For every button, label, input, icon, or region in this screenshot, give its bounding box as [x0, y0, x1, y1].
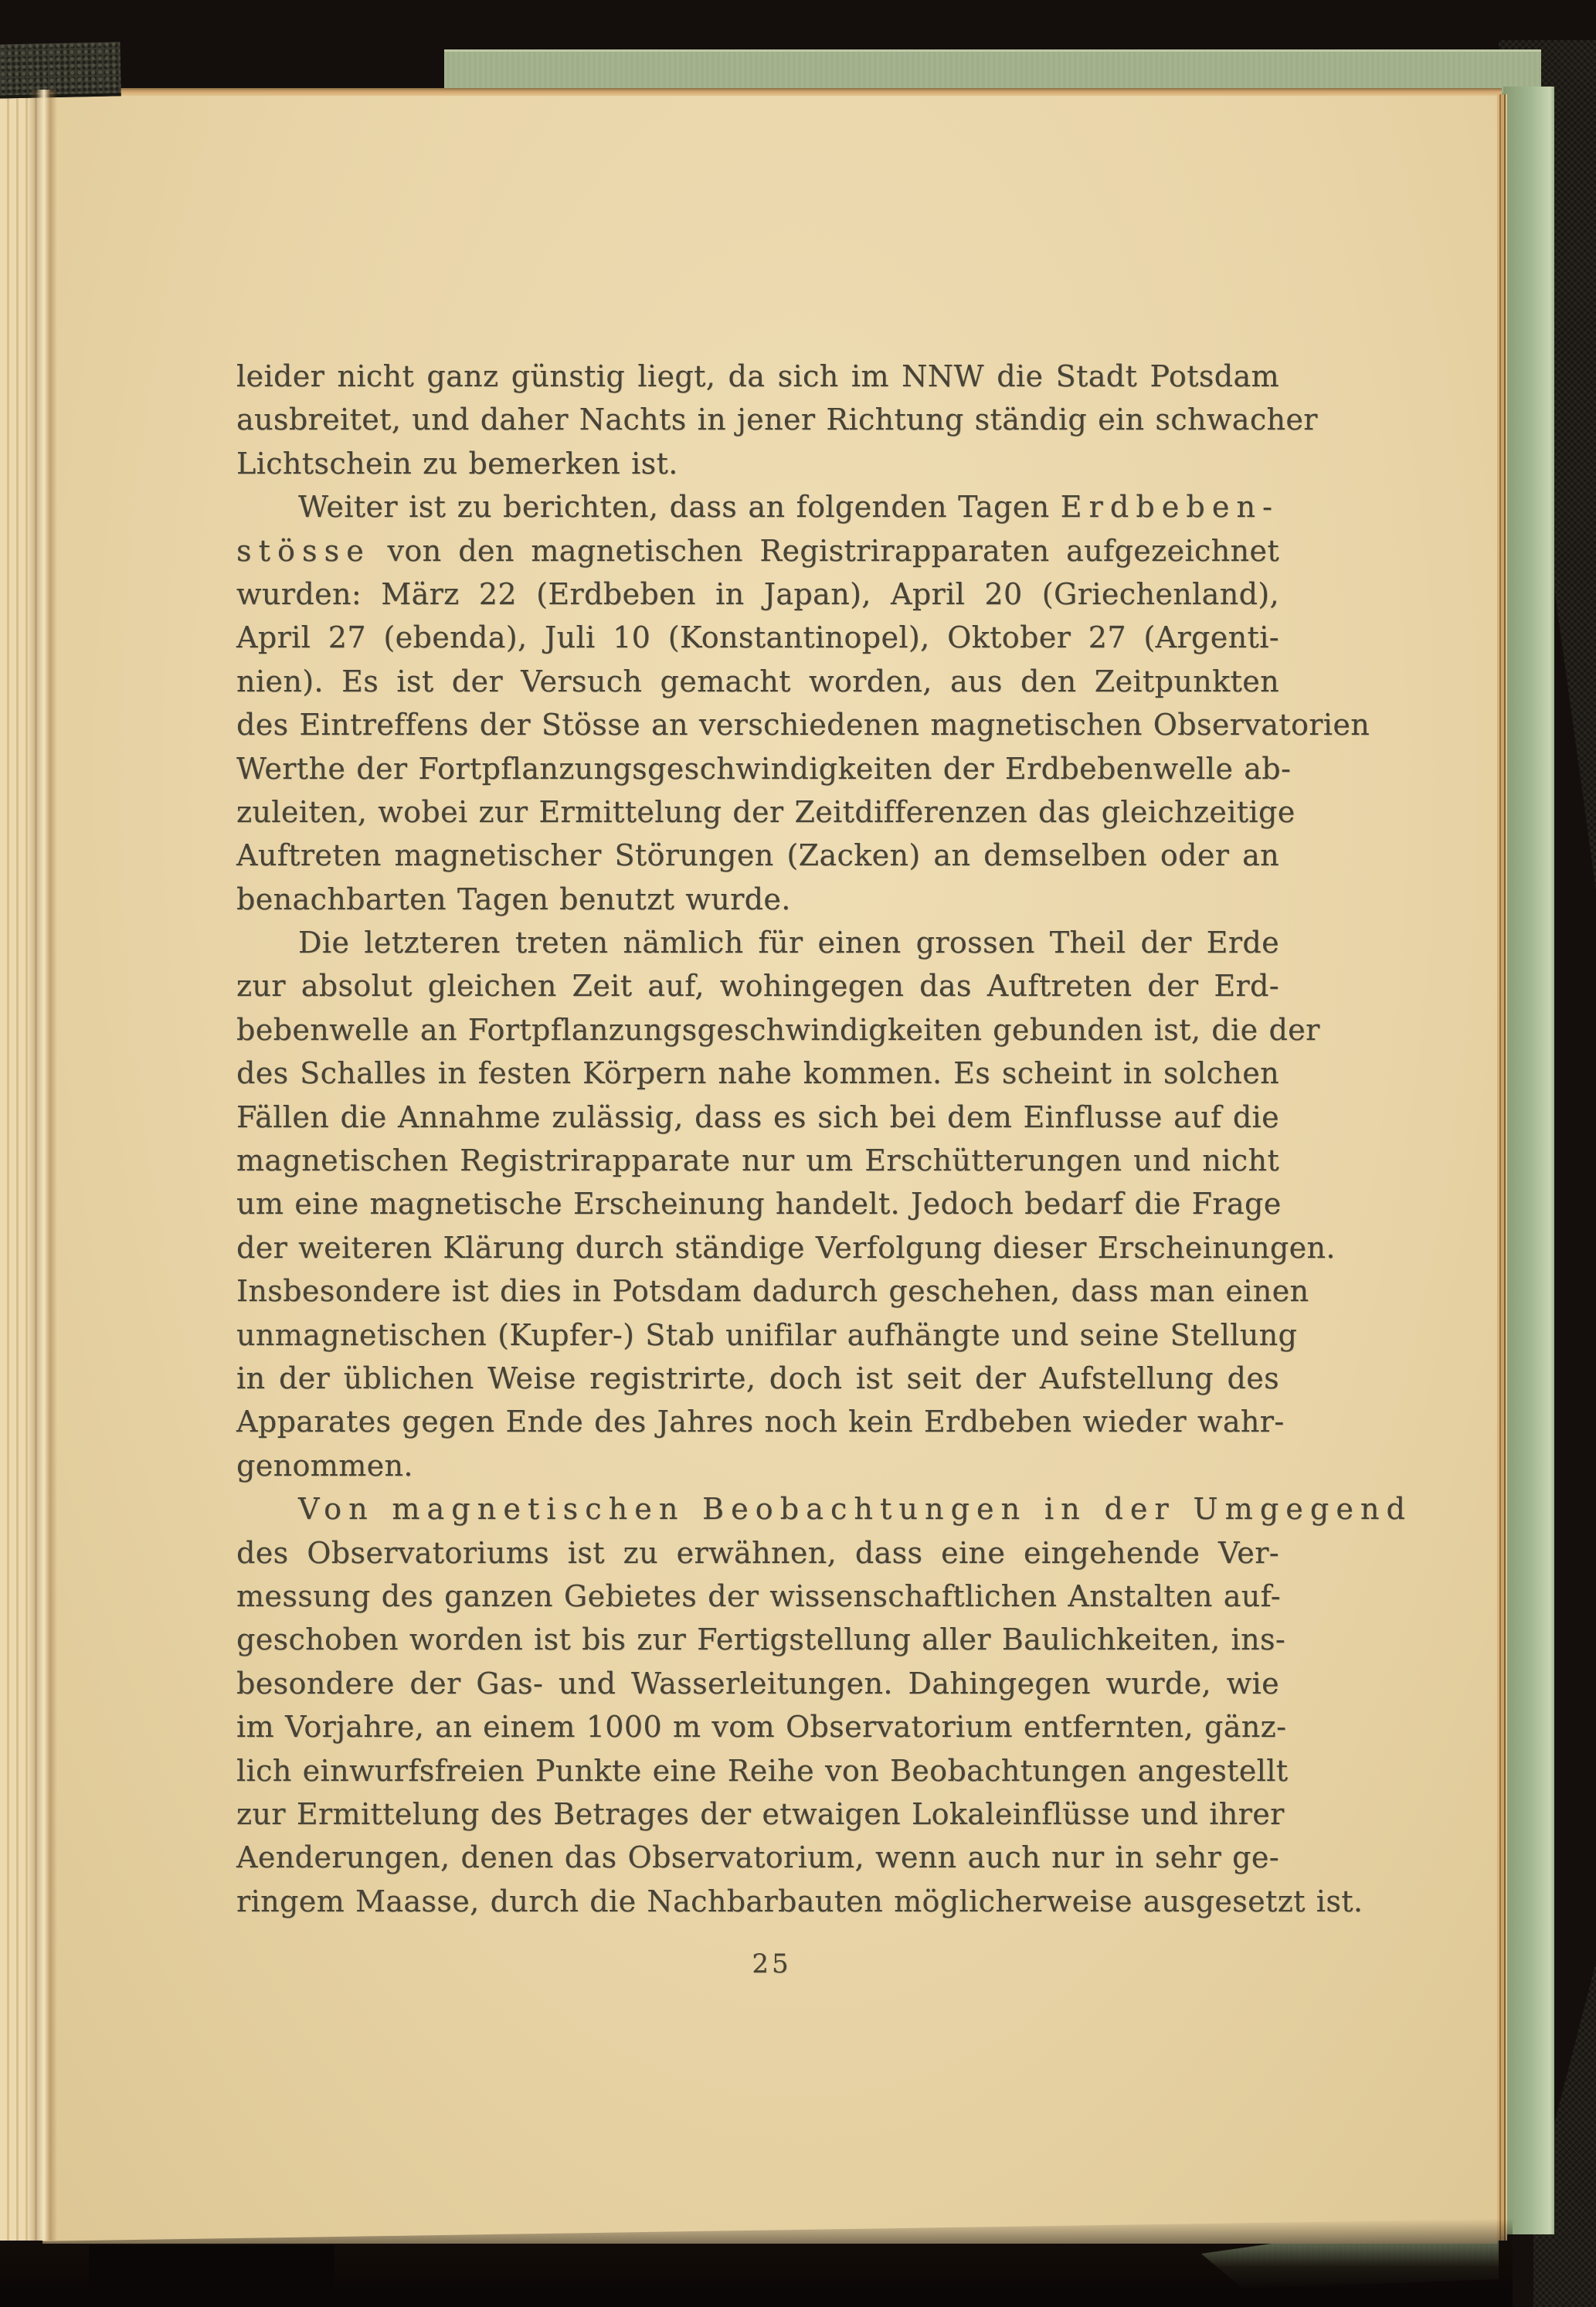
text-line: Auftreten magnetischer Störungen (Zacken… [236, 834, 1279, 877]
text-run: in der üblichen Weise registrirte, doch … [236, 1361, 1279, 1395]
text-line: in der üblichen Weise registrirte, doch … [236, 1357, 1279, 1400]
text-line: zur Ermittelung des Betrages der etwaige… [236, 1792, 1279, 1836]
text-run: unmagnetischen (Kupfer-) Stab unifilar a… [236, 1318, 1297, 1352]
page-gutter-crease [28, 90, 57, 2241]
text-run: benachbarten Tagen benutzt wurde. [236, 882, 791, 916]
text-line: besondere der Gas- und Wasserleitungen. … [236, 1662, 1279, 1705]
text-line: lich einwurfsfreien Punkte eine Reihe vo… [236, 1749, 1279, 1792]
text-line: um eine magnetische Erscheinung handelt.… [236, 1182, 1279, 1225]
text-run: um eine magnetische Erscheinung handelt.… [236, 1187, 1282, 1221]
text-line: Apparates gegen Ende des Jahres noch kei… [236, 1400, 1279, 1443]
text-line: magnetischen Registrirapparate nur um Er… [236, 1139, 1279, 1182]
text-line: geschoben worden ist bis zur Fertigstell… [236, 1618, 1279, 1661]
bottom-step-shadow [89, 2245, 334, 2307]
text-line: Fällen die Annahme zulässig, dass es sic… [236, 1096, 1279, 1139]
text-run: wurden: März 22 (Erdbeben in Japan), Apr… [236, 577, 1279, 611]
text-line: messung des ganzen Gebietes der wissensc… [236, 1575, 1279, 1618]
text-run: ringem Maasse, durch die Nachbarbauten m… [236, 1884, 1363, 1918]
text-line: zur absolut gleichen Zeit auf, wohingege… [236, 964, 1279, 1007]
text-run: Auftreten magnetischer Störungen (Zacken… [236, 838, 1279, 872]
text-line: nien). Es ist der Versuch gemacht worden… [236, 660, 1279, 703]
letterspaced-text: Erdbeben- [1061, 490, 1279, 524]
text-run: besondere der Gas- und Wasserleitungen. … [236, 1667, 1279, 1701]
text-run: magnetischen Registrirapparate nur um Er… [236, 1143, 1279, 1177]
text-run: des Schalles in festen Körpern nahe komm… [236, 1056, 1279, 1090]
text-line: Aenderungen, denen das Observatorium, we… [236, 1836, 1279, 1879]
text-line: leider nicht ganz günstig liegt, da sich… [236, 355, 1279, 398]
letterspaced-text: stösse [236, 534, 371, 568]
text-line: wurden: März 22 (Erdbeben in Japan), Apr… [236, 573, 1279, 616]
text-line: benachbarten Tagen benutzt wurde. [236, 878, 1279, 921]
text-line: ringem Maasse, durch die Nachbarbauten m… [236, 1880, 1279, 1923]
text-run: zuleiten, wobei zur Ermittelung der Zeit… [236, 795, 1295, 829]
text-run: bebenwelle an Fortpflanzungsgeschwindigk… [236, 1013, 1320, 1047]
text-run: zur absolut gleichen Zeit auf, wohingege… [236, 969, 1279, 1003]
text-line: Die letzteren treten nämlich für einen g… [236, 921, 1279, 964]
text-run: Fällen die Annahme zulässig, dass es sic… [236, 1100, 1279, 1134]
text-run: von den magnetischen Registrirapparaten … [371, 534, 1279, 568]
text-run: Die letzteren treten nämlich für einen g… [298, 926, 1279, 960]
text-run: Apparates gegen Ende des Jahres noch kei… [236, 1405, 1285, 1439]
text-run: des Eintreffens der Stösse an verschiede… [236, 708, 1370, 742]
text-line: Insbesondere ist dies in Potsdam dadurch… [236, 1269, 1279, 1313]
text-run: ausbreitet, und daher Nachts in jener Ri… [236, 403, 1318, 437]
text-line: des Eintreffens der Stösse an verschiede… [236, 703, 1279, 746]
text-run: zur Ermittelung des Betrages der etwaige… [236, 1797, 1285, 1831]
text-line: Werthe der Fortpflanzungsgeschwindigkeit… [236, 747, 1279, 790]
text-line: unmagnetischen (Kupfer-) Stab unifilar a… [236, 1313, 1279, 1357]
text-run: Aenderungen, denen das Observatorium, we… [236, 1840, 1279, 1874]
text-run: geschoben worden ist bis zur Fertigstell… [236, 1622, 1285, 1656]
text-run: genommen. [236, 1449, 413, 1483]
text-run: messung des ganzen Gebietes der wissensc… [236, 1579, 1281, 1613]
text-line: zuleiten, wobei zur Ermittelung der Zeit… [236, 790, 1279, 834]
text-run: im Vorjahre, an einem 1000 m vom Observa… [236, 1710, 1286, 1744]
text-line: Lichtschein zu bemerken ist. [236, 442, 1279, 485]
leather-corner-top-left [0, 42, 121, 98]
scanned-book-photo: leider nicht ganz günstig liegt, da sich… [0, 0, 1596, 2307]
text-run: Lichtschein zu bemerken ist. [236, 447, 678, 481]
text-run: nien). Es ist der Versuch gemacht worden… [236, 664, 1279, 698]
text-line: Von magnetischen Beobachtungen in der Um… [236, 1487, 1279, 1531]
text-line: des Schalles in festen Körpern nahe komm… [236, 1052, 1279, 1095]
text-run: lich einwurfsfreien Punkte eine Reihe vo… [236, 1754, 1288, 1788]
letterspaced-text: Von magnetischen Beobachtungen in der Um… [298, 1492, 1412, 1526]
text-line: bebenwelle an Fortpflanzungsgeschwindigk… [236, 1008, 1279, 1052]
text-run: Weiter ist zu berichten, dass an folgend… [298, 490, 1061, 524]
text-line: des Observatoriums ist zu erwähnen, dass… [236, 1531, 1279, 1575]
text-line: ausbreitet, und daher Nachts in jener Ri… [236, 398, 1279, 441]
text-line: genommen. [236, 1444, 1279, 1487]
text-run: April 27 (ebenda), Juli 10 (Konstantinop… [236, 620, 1279, 654]
text-run: des Observatoriums ist zu erwähnen, dass… [236, 1536, 1279, 1570]
green-cover-right-strip [1503, 87, 1554, 2234]
text-run: Insbesondere ist dies in Potsdam dadurch… [236, 1274, 1309, 1308]
text-line: Weiter ist zu berichten, dass an folgend… [236, 485, 1279, 528]
text-run: leider nicht ganz günstig liegt, da sich… [236, 359, 1279, 393]
text-block: leider nicht ganz günstig liegt, da sich… [236, 355, 1279, 1923]
text-run: Werthe der Fortpflanzungsgeschwindigkeit… [236, 752, 1291, 786]
text-line: stösse von den magnetischen Registrirapp… [236, 529, 1279, 573]
text-line: der weiteren Klärung durch ständige Verf… [236, 1226, 1279, 1269]
text-line: April 27 (ebenda), Juli 10 (Konstantinop… [236, 616, 1279, 659]
text-line: im Vorjahre, an einem 1000 m vom Observa… [236, 1705, 1279, 1748]
text-run: der weiteren Klärung durch ständige Verf… [236, 1231, 1336, 1265]
page-number: 25 [250, 1949, 1293, 1979]
